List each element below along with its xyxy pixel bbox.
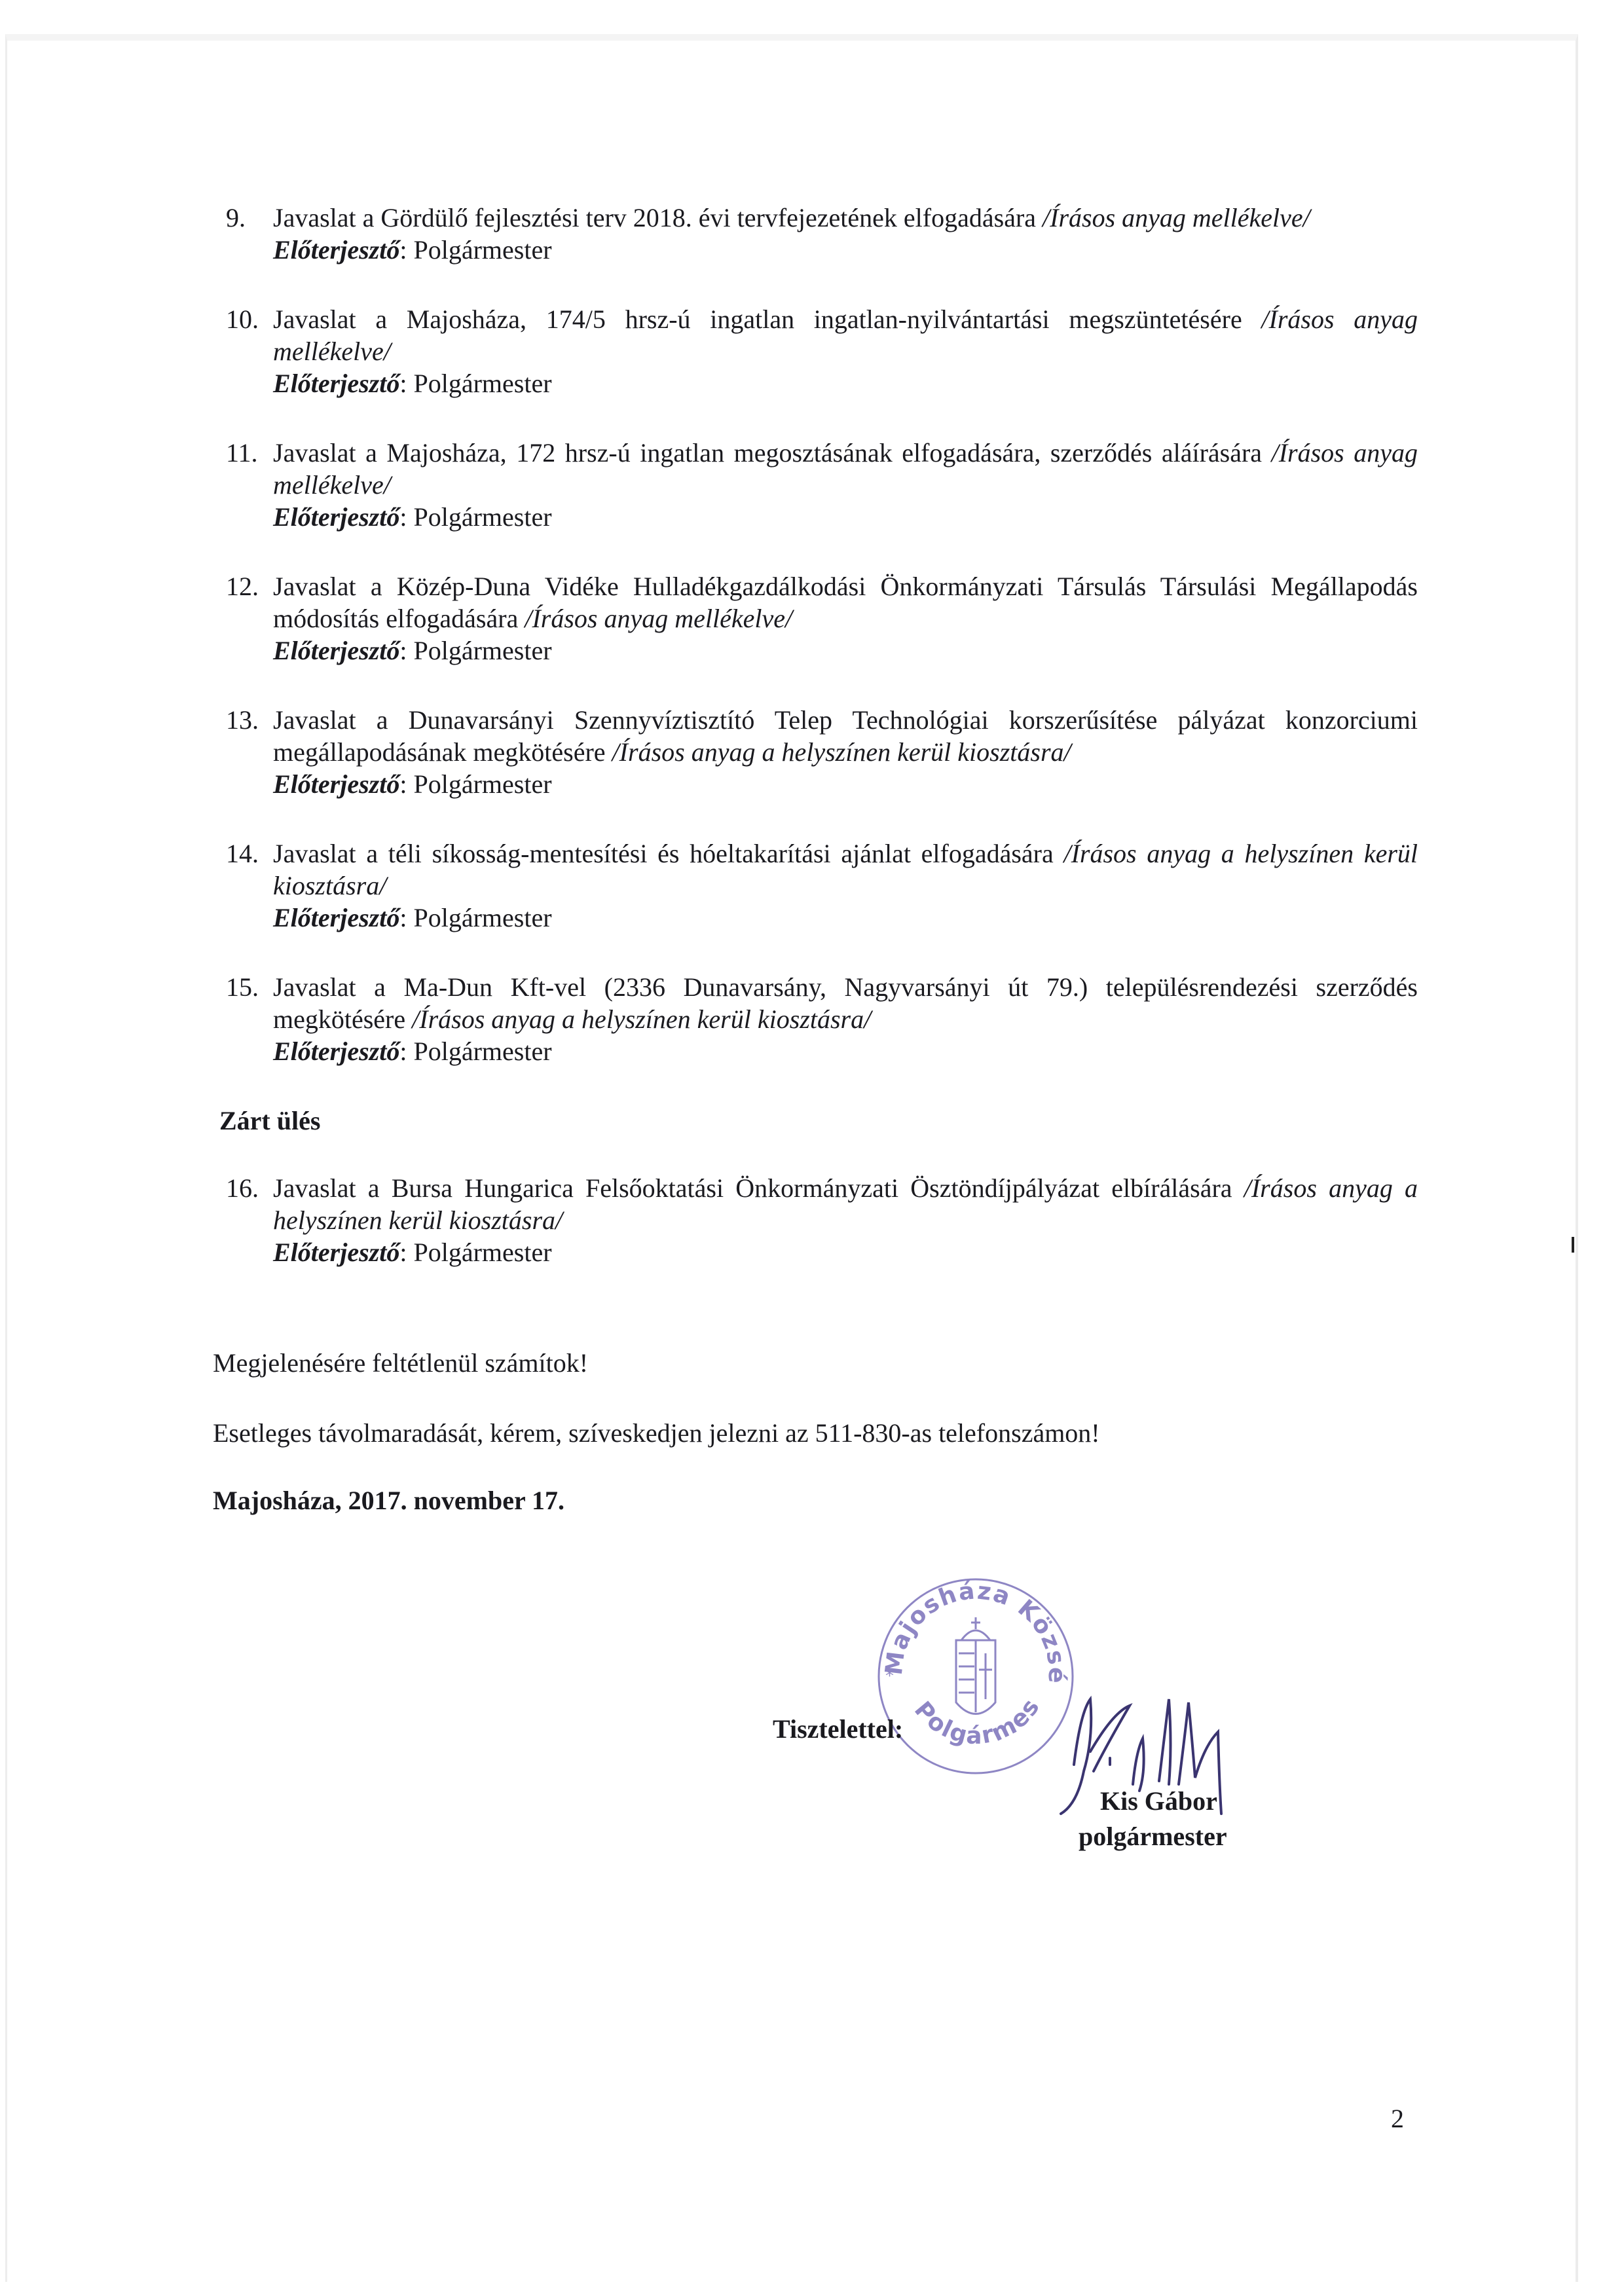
agenda-item-title-text: Javaslat a Közép-Duna Vidéke Hulladékgaz…: [273, 572, 1418, 633]
agenda-item-number: 15.: [219, 971, 273, 1067]
agenda-item-number: 11.: [219, 437, 273, 533]
presenter-label: Előterjesztő: [273, 1238, 399, 1267]
place-and-date: Majosháza, 2017. november 17.: [213, 1485, 1424, 1516]
signer-name: Kis Gábor: [1100, 1786, 1217, 1816]
agenda-item-document-note: /Írásos anyag a helyszínen kerül kiosztá…: [412, 1004, 871, 1034]
presenter-value: Polgármester: [413, 1238, 551, 1267]
presenter-label: Előterjesztő: [273, 369, 399, 398]
agenda-item-title: Javaslat a Majosháza, 172 hrsz-ú ingatla…: [273, 437, 1418, 501]
official-stamp: Majosháza Község Polgármestere *: [871, 1571, 1080, 1784]
presenter-value: Polgármester: [413, 235, 551, 265]
agenda-item-presenter: Előterjesztő: Polgármester: [273, 1035, 1418, 1067]
regards-label: Tisztelettel:: [773, 1714, 903, 1744]
agenda-item: 13.Javaslat a Dunavarsányi Szennyvíztisz…: [219, 704, 1418, 800]
agenda-item-number: 16.: [219, 1172, 273, 1268]
agenda-item-title: Javaslat a Bursa Hungarica Felsőoktatási…: [273, 1172, 1418, 1236]
presenter-label: Előterjesztő: [273, 1037, 399, 1066]
presenter-value: Polgármester: [413, 502, 551, 532]
signer-title: polgármester: [1079, 1821, 1227, 1852]
agenda-item-presenter: Előterjesztő: Polgármester: [273, 1236, 1418, 1268]
svg-text:Majosháza Község: Majosháza Község: [871, 1571, 1070, 1685]
presenter-label: Előterjesztő: [273, 235, 399, 265]
agenda-item-presenter: Előterjesztő: Polgármester: [273, 768, 1418, 800]
agenda-item-title: Javaslat a Dunavarsányi Szennyvíztisztít…: [273, 704, 1418, 768]
agenda-item: 11.Javaslat a Majosháza, 172 hrsz-ú inga…: [219, 437, 1418, 533]
agenda-item-title-text: Javaslat a Bursa Hungarica Felsőoktatási…: [273, 1173, 1232, 1203]
presenter-value: Polgármester: [413, 769, 551, 799]
agenda-item-number: 9.: [219, 202, 273, 266]
svg-text:*: *: [885, 1666, 894, 1686]
presenter-label: Előterjesztő: [273, 903, 399, 932]
agenda-list: 9.Javaslat a Gördülő fejlesztési terv 20…: [219, 202, 1418, 1306]
agenda-item: 16.Javaslat a Bursa Hungarica Felsőoktat…: [219, 1172, 1418, 1268]
agenda-item-body: Javaslat a Gördülő fejlesztési terv 2018…: [273, 202, 1418, 266]
agenda-item-title: Javaslat a Ma-Dun Kft-vel (2336 Dunavars…: [273, 971, 1418, 1035]
agenda-item-title-text: Javaslat a Majosháza, 174/5 hrsz-ú ingat…: [273, 304, 1242, 334]
presenter-label: Előterjesztő: [273, 636, 399, 665]
page-number: 2: [1391, 2103, 1404, 2134]
agenda-item-body: Javaslat a Bursa Hungarica Felsőoktatási…: [273, 1172, 1418, 1268]
presenter-value: Polgármester: [413, 636, 551, 665]
agenda-item-title-text: Javaslat a Majosháza, 172 hrsz-ú ingatla…: [273, 438, 1262, 468]
agenda-item-number: 13.: [219, 704, 273, 800]
agenda-item-title: Javaslat a téli síkosság-mentesítési és …: [273, 837, 1418, 902]
agenda-item-document-note: /Írásos anyag a helyszínen kerül kiosztá…: [612, 737, 1071, 767]
agenda-item: 14.Javaslat a téli síkosság-mentesítési …: [219, 837, 1418, 934]
attendance-request: Megjelenésére feltétlenül számítok!: [213, 1348, 1424, 1378]
agenda-item-document-note: /Írásos anyag mellékelve/: [1043, 203, 1310, 232]
presenter-value: Polgármester: [413, 369, 551, 398]
presenter-label: Előterjesztő: [273, 769, 399, 799]
presenter-value: Polgármester: [413, 903, 551, 932]
agenda-item-number: 14.: [219, 837, 273, 934]
agenda-item: 9.Javaslat a Gördülő fejlesztési terv 20…: [219, 202, 1418, 266]
absence-notice: Esetleges távolmaradását, kérem, szívesk…: [213, 1418, 1424, 1448]
document-page: 9.Javaslat a Gördülő fejlesztési terv 20…: [0, 0, 1624, 2295]
agenda-item-body: Javaslat a téli síkosság-mentesítési és …: [273, 837, 1418, 934]
margin-mark: [1572, 1237, 1574, 1253]
agenda-item-body: Javaslat a Majosháza, 174/5 hrsz-ú ingat…: [273, 303, 1418, 399]
agenda-item-title: Javaslat a Majosháza, 174/5 hrsz-ú ingat…: [273, 303, 1418, 367]
agenda-item-presenter: Előterjesztő: Polgármester: [273, 367, 1418, 399]
agenda-item-title-text: Javaslat a Gördülő fejlesztési terv 2018…: [273, 203, 1036, 232]
agenda-item-presenter: Előterjesztő: Polgármester: [273, 634, 1418, 667]
presenter-value: Polgármester: [413, 1037, 551, 1066]
agenda-item-presenter: Előterjesztő: Polgármester: [273, 234, 1418, 266]
agenda-item-title-text: Javaslat a téli síkosság-mentesítési és …: [273, 839, 1054, 868]
agenda-item-number: 10.: [219, 303, 273, 399]
signature-block: Majosháza Község Polgármestere *: [773, 1552, 1362, 1866]
agenda-item-number: 12.: [219, 570, 273, 667]
agenda-item-body: Javaslat a Ma-Dun Kft-vel (2336 Dunavars…: [273, 971, 1418, 1067]
agenda-item-document-note: /Írásos anyag mellékelve/: [525, 604, 792, 633]
closed-session-heading: Zárt ülés: [219, 1105, 1418, 1137]
agenda-item-presenter: Előterjesztő: Polgármester: [273, 501, 1418, 533]
agenda-item-body: Javaslat a Dunavarsányi Szennyvíztisztít…: [273, 704, 1418, 800]
agenda-item-presenter: Előterjesztő: Polgármester: [273, 902, 1418, 934]
agenda-item: 15.Javaslat a Ma-Dun Kft-vel (2336 Dunav…: [219, 971, 1418, 1067]
agenda-item-title: Javaslat a Közép-Duna Vidéke Hulladékgaz…: [273, 570, 1418, 634]
agenda-item-body: Javaslat a Majosháza, 172 hrsz-ú ingatla…: [273, 437, 1418, 533]
presenter-label: Előterjesztő: [273, 502, 399, 532]
agenda-item-body: Javaslat a Közép-Duna Vidéke Hulladékgaz…: [273, 570, 1418, 667]
stamp-seal-icon: Majosháza Község Polgármestere *: [871, 1571, 1080, 1781]
agenda-item: 10.Javaslat a Majosháza, 174/5 hrsz-ú in…: [219, 303, 1418, 399]
agenda-item: 12.Javaslat a Közép-Duna Vidéke Hulladék…: [219, 570, 1418, 667]
agenda-item-title: Javaslat a Gördülő fejlesztési terv 2018…: [273, 202, 1418, 234]
